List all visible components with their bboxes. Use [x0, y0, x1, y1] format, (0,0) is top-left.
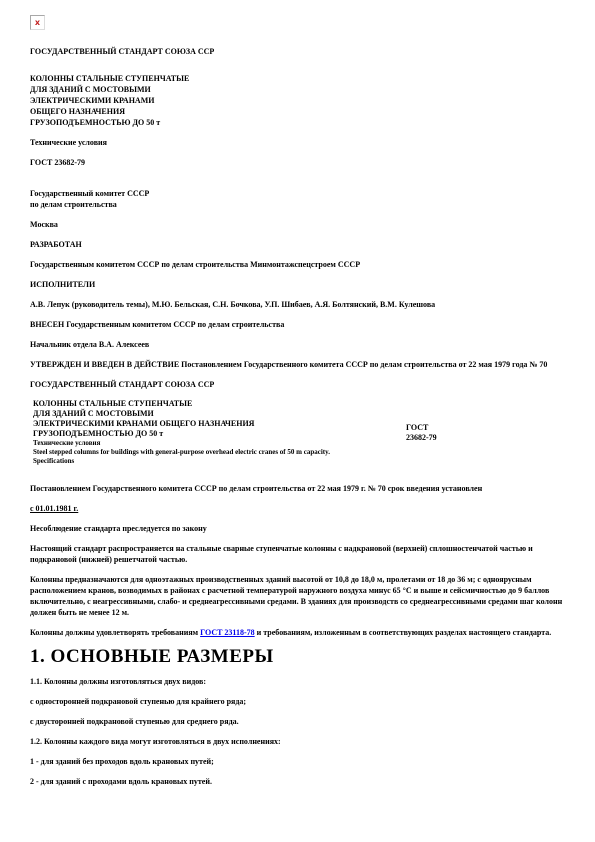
committee-line: Государственный комитет СССР: [30, 188, 565, 199]
enactment-paragraph: Постановлением Государственного комитета…: [30, 483, 565, 494]
standard-header-label: ГОСУДАРСТВЕННЫЙ СТАНДАРТ СОЮЗА ССР: [30, 46, 565, 57]
scope-paragraph-1: Настоящий стандарт распространяется на с…: [30, 543, 565, 565]
red-x-glyph: x: [35, 19, 40, 27]
gost-number-line: ГОСТ: [406, 423, 437, 433]
title-line: ДЛЯ ЗДАНИЙ С МОСТОВЫМИ: [33, 409, 565, 419]
title-line: ОБЩЕГО НАЗНАЧЕНИЯ: [30, 106, 565, 117]
executors-label: ИСПОЛНИТЕЛИ: [30, 279, 565, 290]
clause-1-2-item-2: 2 - для зданий с проходами вдоль крановы…: [30, 776, 565, 787]
document-subtitle: Технические условия: [30, 137, 565, 148]
clause-1-2-item-1: 1 - для зданий без проходов вдоль кранов…: [30, 756, 565, 767]
requirements-text-before: Колонны должны удовлетворять требованиям: [30, 628, 200, 637]
developed-by: Государственным комитетом СССР по делам …: [30, 259, 565, 270]
gost-number: ГОСТ 23682-79: [30, 157, 565, 168]
document-page: x ГОСУДАРСТВЕННЫЙ СТАНДАРТ СОЮЗА ССР КОЛ…: [0, 0, 595, 842]
title-line: КОЛОННЫ СТАЛЬНЫЕ СТУПЕНЧАТЫЕ: [33, 399, 565, 409]
city-label: Москва: [30, 219, 565, 230]
section-1-heading: 1. ОСНОВНЫЕ РАЗМЕРЫ: [30, 647, 565, 667]
title-line: КОЛОННЫ СТАЛЬНЫЕ СТУПЕНЧАТЫЕ: [30, 73, 565, 84]
committee-line: по делам строительства: [30, 199, 565, 210]
scope-paragraph-2: Колонны предназначаются для одноэтажных …: [30, 574, 565, 618]
approved-by: УТВЕРЖДЕН И ВВЕДЕН В ДЕЙСТВИЕ Постановле…: [30, 359, 565, 370]
document-title: КОЛОННЫ СТАЛЬНЫЕ СТУПЕНЧАТЫЕ ДЛЯ ЗДАНИЙ …: [30, 73, 565, 128]
gost-23118-link[interactable]: ГОСТ 23118-78: [200, 628, 255, 637]
title-block-subtitle: Технические условия: [33, 439, 565, 448]
title-english: Steel stepped columns for buildings with…: [33, 448, 565, 457]
requirements-paragraph: Колонны должны удовлетворять требованиям…: [30, 627, 565, 638]
clause-1-1-item-1: с односторонней подкрановой ступенью для…: [30, 696, 565, 707]
clause-1-1: 1.1. Колонны должны изготовляться двух в…: [30, 676, 565, 687]
clause-1-2: 1.2. Колонны каждого вида могут изготовл…: [30, 736, 565, 747]
department-head: Начальник отдела В.А. Алексеев: [30, 339, 565, 350]
gost-number-line: 23682-79: [406, 433, 437, 443]
title-line: ГРУЗОПОДЪЕМНОСТЬЮ ДО 50 т: [33, 429, 565, 439]
submitted-by: ВНЕСЕН Государственным комитетом СССР по…: [30, 319, 565, 330]
subtitle-english: Specifications: [33, 457, 565, 466]
standard-header-label-mid: ГОСУДАРСТВЕННЫЙ СТАНДАРТ СОЮЗА ССР: [30, 379, 565, 390]
executors-list: А.В. Лепук (руководитель темы), М.Ю. Бел…: [30, 299, 565, 310]
title-line: ГРУЗОПОДЪЕМНОСТЬЮ ДО 50 т: [30, 117, 565, 128]
title-block: КОЛОННЫ СТАЛЬНЫЕ СТУПЕНЧАТЫЕ ДЛЯ ЗДАНИЙ …: [30, 399, 565, 466]
enactment-date: с 01.01.1981 г.: [30, 503, 565, 514]
gost-number-box: ГОСТ 23682-79: [406, 423, 437, 443]
title-line: ЭЛЕКТРИЧЕСКИМИ КРАНАМИ ОБЩЕГО НАЗНАЧЕНИЯ: [33, 419, 565, 429]
requirements-text-after: и требованиям, изложенным в соответствую…: [255, 628, 552, 637]
title-line: ДЛЯ ЗДАНИЙ С МОСТОВЫМИ: [30, 84, 565, 95]
broken-image-icon: x: [30, 15, 45, 30]
clause-1-1-item-2: с двусторонней подкрановой ступенью для …: [30, 716, 565, 727]
committee-block: Государственный комитет СССР по делам ст…: [30, 188, 565, 210]
title-line: ЭЛЕКТРИЧЕСКИМИ КРАНАМИ: [30, 95, 565, 106]
developed-label: РАЗРАБОТАН: [30, 239, 565, 250]
law-notice: Несоблюдение стандарта преследуется по з…: [30, 523, 565, 534]
